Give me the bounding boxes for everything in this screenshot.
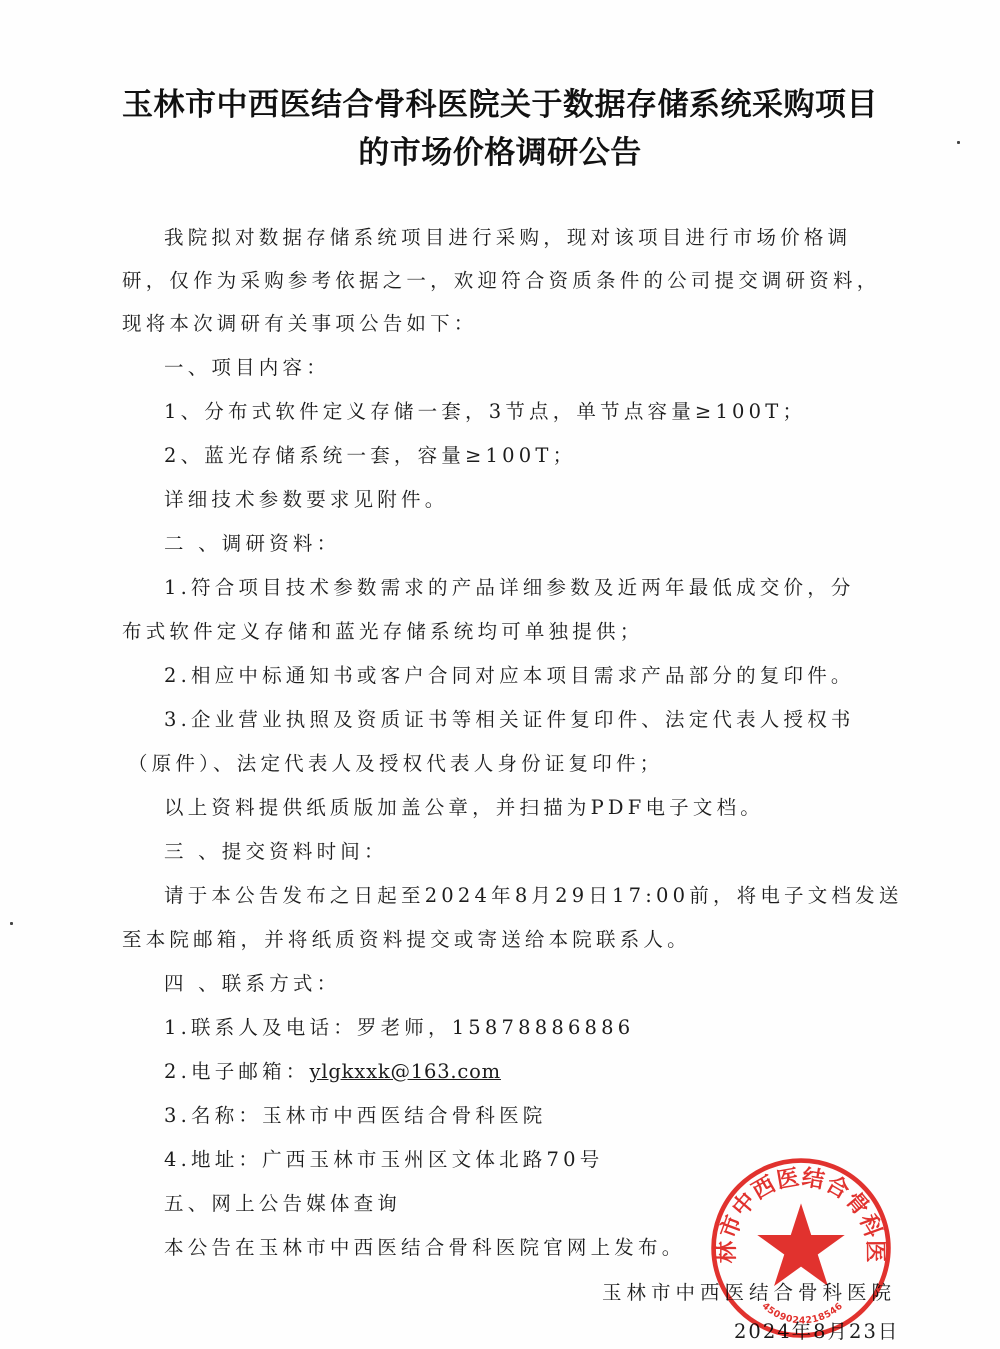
scan-speck — [957, 141, 960, 144]
section5-text: 本公告在玉林市中西医结合骨科医院官网上发布。 — [164, 1238, 685, 1258]
section2-item3-line2: （原件）、法定代表人及授权代表人身份证复印件； — [128, 754, 663, 774]
section3-line2: 至本院邮箱，并将纸质资料提交或寄送给本院联系人。 — [122, 930, 691, 950]
intro-line-1: 我院拟对数据存储系统项目进行采购，现对该项目进行市场价格调 — [164, 228, 851, 248]
email-row: 2.电子邮箱：ylgkxxk@163.com — [164, 1062, 501, 1082]
section2-item1-line1: 1.符合项目技术参数需求的产品详细参数及近两年最低成交价，分 — [164, 578, 855, 598]
section3-line1: 请于本公告发布之日起至2024年8月29日17:00前，将电子文档发送 — [164, 886, 903, 906]
section1-note: 详细技术参数要求见附件。 — [164, 490, 448, 510]
star-icon — [757, 1203, 844, 1286]
organization-name: 3.名称：玉林市中西医结合骨科医院 — [164, 1106, 547, 1126]
section5-heading: 五、网上公告媒体查询 — [164, 1194, 401, 1214]
email-link[interactable]: ylgkxxk@163.com — [310, 1060, 501, 1083]
seal-serial-number: 4509024218546 — [760, 1301, 846, 1327]
section2-heading: 二 、调研资料： — [164, 534, 340, 554]
section4-heading: 四 、联系方式： — [164, 974, 340, 994]
section2-item1-line2: 布式软件定义存储和蓝光存储系统均可单独提供； — [122, 622, 643, 642]
document-page: 玉林市中西医结合骨科医院关于数据存储系统采购项目 的市场价格调研公告 我院拟对数… — [0, 0, 1000, 1349]
section2-item2: 2.相应中标通知书或客户合同对应本项目需求产品部分的复印件。 — [164, 666, 855, 686]
document-title-line2: 的市场价格调研公告 — [0, 138, 1000, 169]
organization-address: 4.地址：广西玉林市玉州区文体北路70号 — [164, 1150, 603, 1170]
scan-speck — [10, 922, 13, 925]
section1-heading: 一、项目内容： — [164, 358, 330, 378]
contact-person-phone: 1.联系人及电话：罗老师，15878886886 — [164, 1018, 634, 1038]
section1-item-1: 1、分布式软件定义存储一套，3节点，单节点容量≥100T； — [164, 402, 806, 422]
intro-line-2: 研，仅作为采购参考依据之一，欢迎符合资质条件的公司提交调研资料， — [122, 271, 880, 291]
section1-item-2: 2、蓝光存储系统一套，容量≥100T； — [164, 446, 576, 466]
email-label: 2.电子邮箱： — [164, 1060, 310, 1083]
section2-item3-line1: 3.企业营业执照及资质证书等相关证件复印件、法定代表人授权书 — [164, 710, 855, 730]
official-seal-stamp: 玉林市中西医结合骨科医院 4509024218546 — [708, 1155, 894, 1341]
document-title-line1: 玉林市中西医结合骨科医院关于数据存储系统采购项目 — [0, 90, 1000, 121]
intro-line-3: 现将本次调研有关事项公告如下： — [122, 314, 478, 334]
section3-heading: 三 、提交资料时间： — [164, 842, 388, 862]
section2-note: 以上资料提供纸质版加盖公章，并扫描为PDF电子文档。 — [164, 798, 764, 818]
